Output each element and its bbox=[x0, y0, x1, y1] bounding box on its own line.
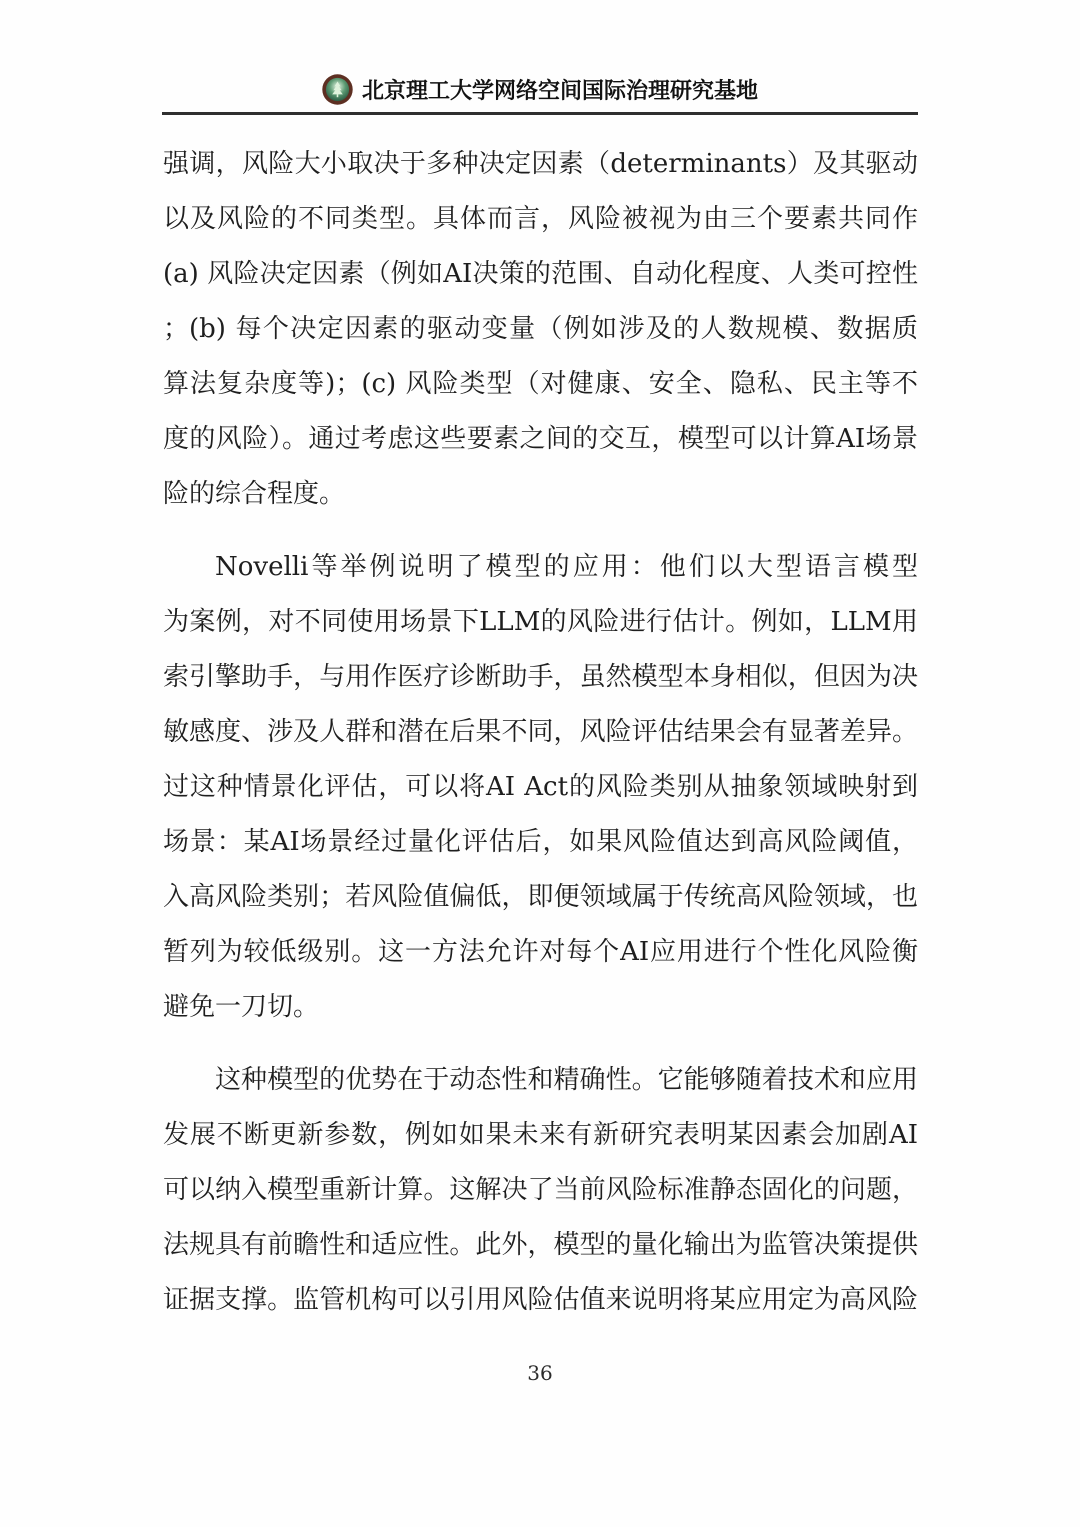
text-line: 法规具有前瞻性和适应性。此外，模型的量化输出为监管决策提供了 bbox=[163, 1218, 918, 1273]
text-line: 险的综合程度。 bbox=[163, 467, 918, 522]
document-page: 北京理工大学网络空间国际治理研究基地 强调，风险大小取决于多种决定因素（dete… bbox=[0, 0, 1080, 1527]
footer: 36 bbox=[0, 1358, 1080, 1388]
text-line: ；(b) 每个决定因素的驱动变量（例如涉及的人数规模、数据质量、 bbox=[163, 302, 918, 357]
text-line: Novelli等举例说明了模型的应用：他们以大型语言模型（LLM） bbox=[163, 540, 918, 595]
document-body: 强调，风险大小取决于多种决定因素（determinants）及其驱动因子，以及风… bbox=[163, 137, 918, 1328]
text-line: 敏感度、涉及人群和潜在后果不同，风险评估结果会有显著差异。通 bbox=[163, 705, 918, 760]
text-line: (a) 风险决定因素（例如AI决策的范围、自动化程度、人类可控性等） bbox=[163, 247, 918, 302]
paragraph: 强调，风险大小取决于多种决定因素（determinants）及其驱动因子，以及风… bbox=[163, 137, 918, 522]
text-line: 索引擎助手，与用作医疗诊断助手，虽然模型本身相似，但因为决策 bbox=[163, 650, 918, 705]
paragraph: 这种模型的优势在于动态性和精确性。它能够随着技术和应用的发展不断更新参数，例如如… bbox=[163, 1053, 918, 1328]
text-line: 场景：某AI场景经过量化评估后，如果风险值达到高风险阈值，则归 bbox=[163, 815, 918, 870]
text-line: 可以纳入模型重新计算。这解决了当前风险标准静态固化的问题，使 bbox=[163, 1163, 918, 1218]
text-line: 算法复杂度等)；(c) 风险类型（对健康、安全、隐私、民主等不同维 bbox=[163, 357, 918, 412]
header-title: 北京理工大学网络空间国际治理研究基地 bbox=[362, 74, 758, 105]
bit-emblem-icon bbox=[322, 74, 353, 105]
text-line: 为案例，对不同使用场景下LLM的风险进行估计。例如，LLM用作搜 bbox=[163, 595, 918, 650]
page-number: 36 bbox=[527, 1361, 552, 1385]
text-line: 暂列为较低级别。这一方法允许对每个AI应用进行个性化风险衡量， bbox=[163, 925, 918, 980]
text-line: 度的风险）。通过考虑这些要素之间的交互，模型可以计算AI场景下风 bbox=[163, 412, 918, 467]
text-line: 强调，风险大小取决于多种决定因素（determinants）及其驱动因子， bbox=[163, 137, 918, 192]
text-line: 证据支撑。监管机构可以引用风险估值来说明将某应用定为高风险的 bbox=[163, 1273, 918, 1328]
text-line: 发展不断更新参数，例如如果未来有新研究表明某因素会加剧AI风险， bbox=[163, 1108, 918, 1163]
header: 北京理工大学网络空间国际治理研究基地 bbox=[0, 70, 1080, 108]
text-line: 这种模型的优势在于动态性和精确性。它能够随着技术和应用的 bbox=[163, 1053, 918, 1108]
text-line: 以及风险的不同类型。具体而言，风险被视为由三个要素共同作用： bbox=[163, 192, 918, 247]
text-line: 入高风险类别；若风险值偏低，即便领域属于传统高风险领域，也可 bbox=[163, 870, 918, 925]
text-line: 过这种情景化评估，可以将AI Act的风险类别从抽象领域映射到具体 bbox=[163, 760, 918, 815]
header-rule bbox=[162, 112, 918, 115]
paragraph: Novelli等举例说明了模型的应用：他们以大型语言模型（LLM）为案例，对不同… bbox=[163, 540, 918, 1035]
text-line: 避免一刀切。 bbox=[163, 980, 918, 1035]
